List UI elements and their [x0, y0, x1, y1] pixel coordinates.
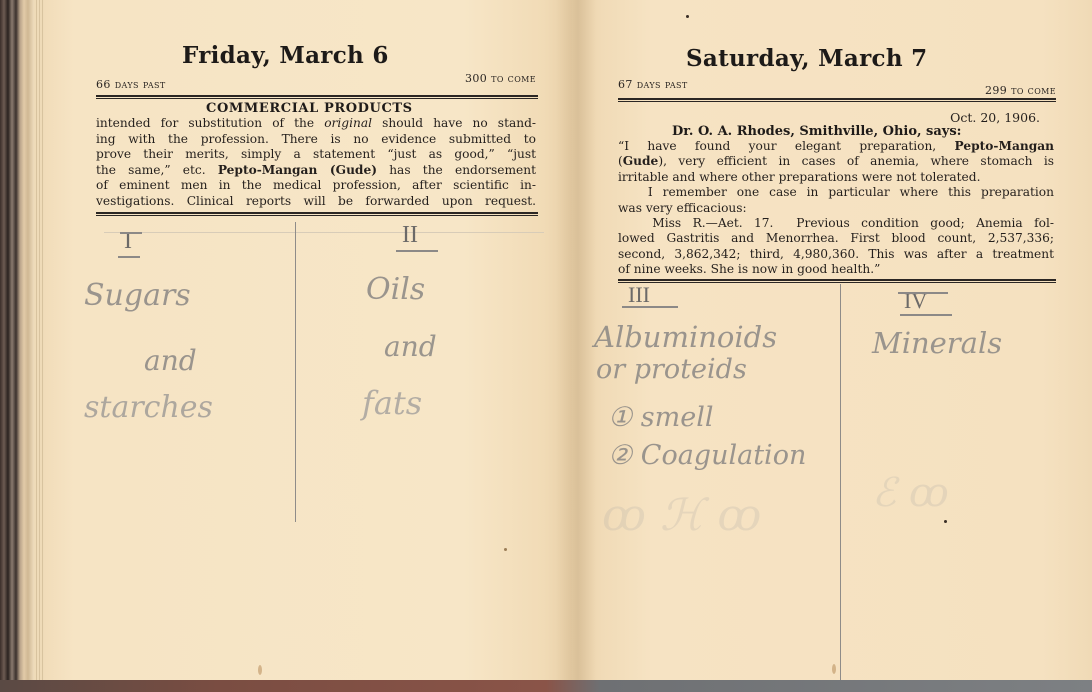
paper-speck	[686, 15, 689, 18]
erased-pencil-marks: ℰ ꝏ	[872, 470, 949, 516]
paper-stain	[258, 665, 262, 675]
numeral-underline	[120, 232, 142, 234]
handwritten-numeral-2: II	[402, 222, 418, 249]
handwritten-note: or proteids	[596, 354, 747, 385]
product-name: Pepto-Mangan	[955, 139, 1054, 153]
text-line: the same,” etc. Pepto-Mangan (Gude) has …	[96, 163, 536, 179]
testimonial-date: Oct. 20, 1906.	[950, 110, 1040, 125]
faint-guide-line	[104, 232, 544, 233]
pencil-column-divider	[840, 284, 841, 682]
left-page: Friday, March 6 66 days past 300 to come…	[44, 0, 572, 682]
days-past-label: 67 days past	[618, 78, 688, 91]
header-rule	[96, 95, 538, 99]
numeral-underline	[622, 306, 678, 308]
paper-speck	[504, 548, 507, 551]
text-line: “I have found your elegant preparation, …	[618, 139, 1054, 154]
page-date-title: Friday, March 6	[182, 42, 389, 69]
numeral-underline	[900, 314, 952, 316]
handwritten-note: starches	[84, 390, 213, 425]
handwritten-note: Albuminoids	[594, 320, 777, 354]
numeral-underline	[118, 256, 140, 258]
page-date-title: Saturday, March 7	[686, 45, 927, 72]
section-heading: COMMERCIAL PRODUCTS	[206, 101, 413, 116]
handwritten-note: fats	[362, 384, 422, 422]
product-name: Pepto-Mangan (Gude)	[218, 163, 377, 177]
numeral-underline	[898, 292, 948, 294]
text-line: of eminent men in the medical profession…	[96, 178, 536, 194]
book-gutter	[556, 0, 596, 682]
text-line: ing with the profession. There is no evi…	[96, 132, 536, 148]
text-line: vestigations. Clinical reports will be f…	[96, 194, 536, 210]
handwritten-note: Oils	[366, 272, 425, 307]
advertisement-text: intended for substitution of the origina…	[96, 116, 536, 209]
days-past-label: 66 days past	[96, 78, 166, 91]
testimonial-author: Dr. O. A. Rhodes, Smithville, Ohio, says…	[672, 124, 961, 139]
handwritten-note: and	[144, 344, 197, 377]
text-line: (Gude), very efficient in cases of anemi…	[618, 154, 1054, 169]
handwritten-note: and	[384, 330, 437, 363]
open-diary-book: Friday, March 6 66 days past 300 to come…	[0, 0, 1092, 692]
text-line: was very efficacious:	[618, 201, 1054, 216]
handwritten-note: ① smell	[608, 402, 714, 433]
handwritten-note: ② Coagulation	[608, 440, 806, 471]
testimonial-text: “I have found your elegant preparation, …	[618, 139, 1054, 278]
text-line: second, 3,862,342; third, 4,980,360. Thi…	[618, 247, 1054, 262]
text-line: irritable and where other preparations w…	[618, 170, 1054, 185]
handwritten-note: Minerals	[872, 326, 1002, 360]
text-line: lowed Gastritis and Menorrhea. First blo…	[618, 231, 1054, 246]
section-end-rule	[618, 279, 1056, 283]
text-line: prove their merits, simply a statement “…	[96, 147, 536, 163]
text-line: I remember one case in particular where …	[618, 185, 1054, 200]
book-cover-edge	[0, 0, 34, 692]
numeral-underline	[396, 250, 438, 252]
pencil-column-divider	[295, 222, 296, 522]
text-line: Miss R.—Aet. 17. Previous condition good…	[618, 216, 1054, 231]
book-bottom-edge	[0, 680, 1092, 692]
days-to-come-label: 300 to come	[465, 72, 536, 85]
handwritten-numeral-3: III	[628, 282, 650, 308]
text-line: of nine weeks. She is now in good health…	[618, 262, 1054, 277]
days-to-come-label: 299 to come	[985, 84, 1056, 97]
header-rule	[618, 98, 1056, 102]
erased-pencil-marks: ꝏ ℋ ꝏ	[602, 490, 761, 541]
paper-speck	[944, 520, 947, 523]
section-end-rule	[96, 212, 538, 216]
handwritten-note: Sugars	[84, 278, 191, 313]
text-line: intended for substitution of the origina…	[96, 116, 536, 132]
paper-stain	[832, 664, 836, 674]
right-page: Saturday, March 7 67 days past 299 to co…	[572, 0, 1092, 682]
